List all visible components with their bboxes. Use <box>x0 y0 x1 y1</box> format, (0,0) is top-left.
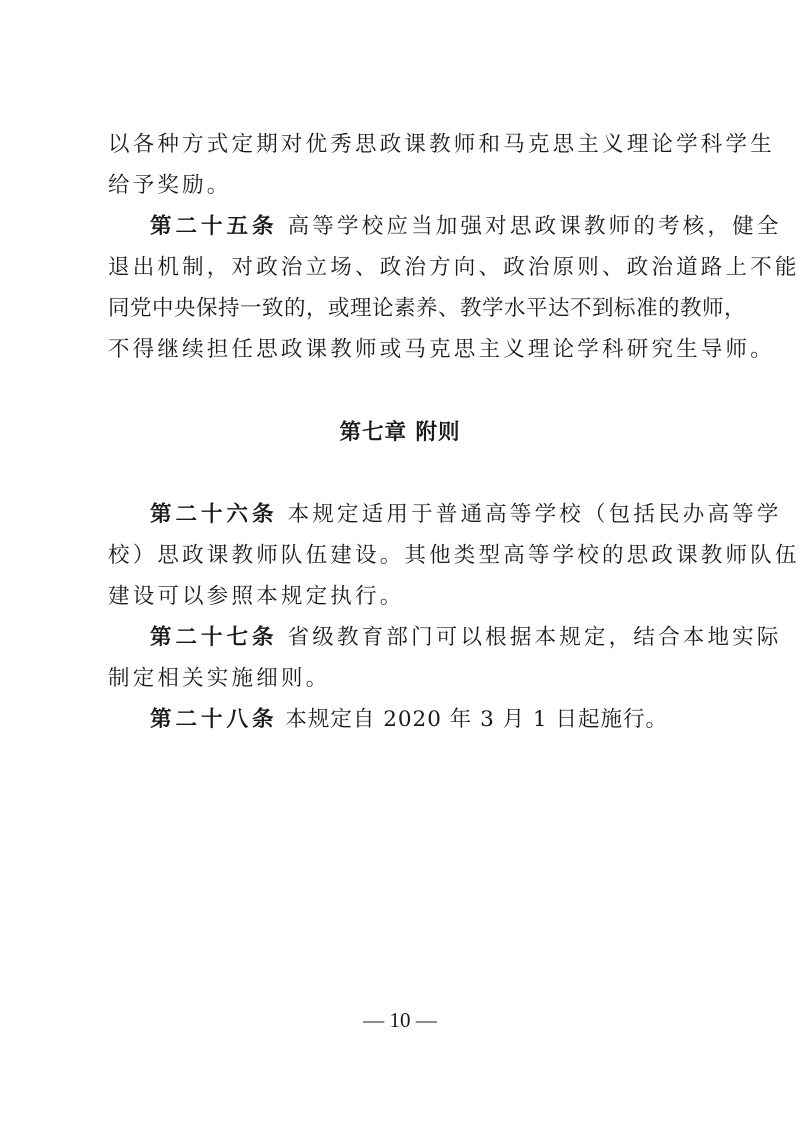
article-text: 本规定自 2020 年 3 月 1 日起施行。 <box>285 707 668 732</box>
text-line: 校）思政课教师队伍建设。其他类型高等学校的思政课教师队伍 <box>108 541 692 571</box>
article-25-first-line: 第二十五条 高等学校应当加强对思政课教师的考核，健全 <box>150 212 692 242</box>
text-line: 给予奖励。 <box>108 171 692 201</box>
article-28-line: 第二十八条 本规定自 2020 年 3 月 1 日起施行。 <box>150 705 692 735</box>
article-label: 第二十五条 <box>150 214 278 239</box>
text-line: 建设可以参照本规定执行。 <box>108 582 692 612</box>
article-26-first-line: 第二十六条 本规定适用于普通高等学校（包括民办高等学 <box>150 500 692 530</box>
article-label: 第二十八条 <box>150 707 278 732</box>
text-line: 不得继续担任思政课教师或马克思主义理论学科研究生导师。 <box>108 335 692 365</box>
text-line: 退出机制，对政治立场、政治方向、政治原则、政治道路上不能 <box>108 253 692 283</box>
article-label: 第二十七条 <box>150 625 278 650</box>
text-line: 以各种方式定期对优秀思政课教师和马克思主义理论学科学生 <box>108 130 692 160</box>
article-text: 高等学校应当加强对思政课教师的考核，健全 <box>288 214 782 239</box>
article-text: 省级教育部门可以根据本规定，结合本地实际 <box>288 625 782 650</box>
article-27-first-line: 第二十七条 省级教育部门可以根据本规定，结合本地实际 <box>150 623 692 653</box>
chapter-heading: 第七章 附则 <box>0 418 800 448</box>
text-line: 制定相关实施细则。 <box>108 664 692 694</box>
article-text: 本规定适用于普通高等学校（包括民办高等学 <box>288 502 782 527</box>
article-label: 第二十六条 <box>150 502 278 527</box>
page-number: — 10 — <box>0 1005 800 1035</box>
document-page: 以各种方式定期对优秀思政课教师和马克思主义理论学科学生 给予奖励。 第二十五条 … <box>0 0 800 1132</box>
text-line: 同党中央保持一致的，或理论素养、教学水平达不到标准的教师， <box>108 294 692 324</box>
